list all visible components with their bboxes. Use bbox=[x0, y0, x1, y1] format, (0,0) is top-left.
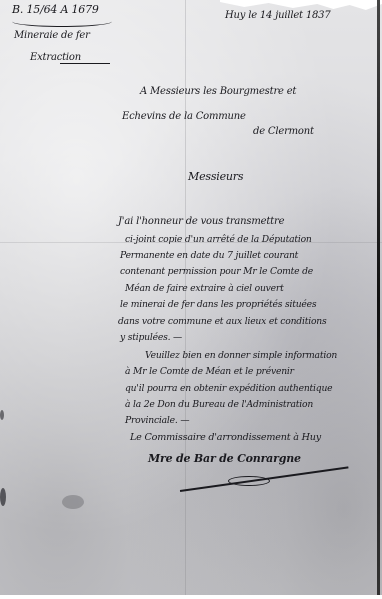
body-line: dans votre commune et aux lieux et condi… bbox=[118, 316, 327, 327]
reference-subject: Mineraie de fer bbox=[14, 30, 90, 41]
address-line-2: Echevins de la Commune bbox=[122, 111, 246, 122]
body-line: à la 2e Don du Bureau de l'Administratio… bbox=[125, 399, 313, 410]
body-line: Provinciale. — bbox=[125, 415, 189, 426]
body-line: Méan de faire extraire à ciel ouvert bbox=[125, 283, 284, 294]
signature: Mre de Bar de Conrargne bbox=[148, 452, 301, 465]
page-bottom-edge bbox=[0, 595, 382, 599]
body-line: ci-joint copie d'un arrêté de la Députat… bbox=[125, 234, 312, 245]
body-line: à Mr le Comte de Méan et le prévenir bbox=[125, 366, 294, 377]
closing-line: Le Commissaire d'arrondissement à Huy bbox=[130, 432, 321, 443]
torn-top-edge bbox=[220, 0, 382, 10]
reference-number: B. 15/64 A 1679 bbox=[12, 3, 99, 16]
address-line-3: de Clermont bbox=[253, 126, 314, 137]
body-line: y stipulées. — bbox=[120, 332, 182, 343]
body-line: contenant permission pour Mr le Comte de bbox=[120, 266, 313, 277]
underline bbox=[60, 63, 110, 64]
body-line: Permanente en date du 7 juillet courant bbox=[120, 250, 298, 261]
scanned-letter-page: B. 15/64 A 1679 Mineraie de fer Extracti… bbox=[0, 0, 382, 599]
body-line: le minerai de fer dans les propriétés si… bbox=[120, 299, 316, 310]
page-right-edge bbox=[377, 0, 380, 599]
signature-flourish-loop bbox=[228, 476, 270, 486]
ink-stain bbox=[62, 495, 84, 509]
dateline: Huy le 14 juillet 1837 bbox=[225, 10, 331, 21]
flourish bbox=[12, 16, 112, 27]
body-line: qu'il pourra en obtenir expédition authe… bbox=[125, 383, 332, 394]
body-line: Veuillez bien en donner simple informati… bbox=[145, 350, 337, 361]
address-line-1: A Messieurs les Bourgmestre et bbox=[140, 86, 296, 97]
edge-mark bbox=[0, 488, 6, 506]
body-line: J'ai l'honneur de vous transmettre bbox=[118, 216, 284, 227]
salutation: Messieurs bbox=[188, 170, 243, 183]
reference-topic: Extraction bbox=[30, 52, 81, 63]
edge-mark bbox=[0, 410, 4, 420]
